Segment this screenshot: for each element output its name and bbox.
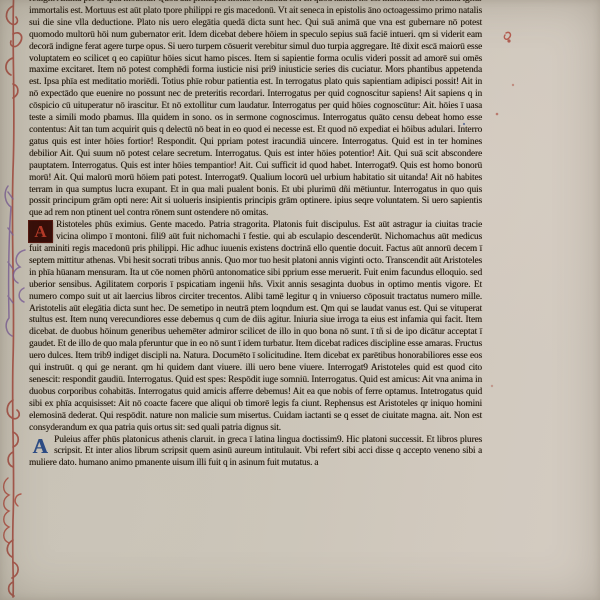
- illuminated-initial-a-blue: A: [29, 436, 51, 456]
- aristotle-text: Ristoteles phūs eximius. Gente macedo. P…: [29, 220, 482, 432]
- text-column: redigit. Anima per se ipsa mouetur. Quod…: [29, 0, 482, 470]
- paragraph-aristotle-life: ARistoteles phūs eximius. Gente macedo. …: [29, 220, 482, 434]
- paragraph-apuleius-life: APuleius affer phūs platonicus athenis c…: [29, 435, 482, 471]
- paragraph-plato-sayings: redigit. Anima per se ipsa mouetur. Quod…: [29, 0, 482, 220]
- red-penwork-line-icon: [6, 0, 22, 597]
- purple-penwork-flourish-icon: [5, 186, 25, 336]
- apuleius-text: Puleius affer phūs platonicus athenis cl…: [29, 435, 482, 469]
- incunable-page-photo: { "document": { "kind": "early printed b…: [0, 0, 600, 600]
- illuminated-initial-a-red: A: [29, 221, 52, 242]
